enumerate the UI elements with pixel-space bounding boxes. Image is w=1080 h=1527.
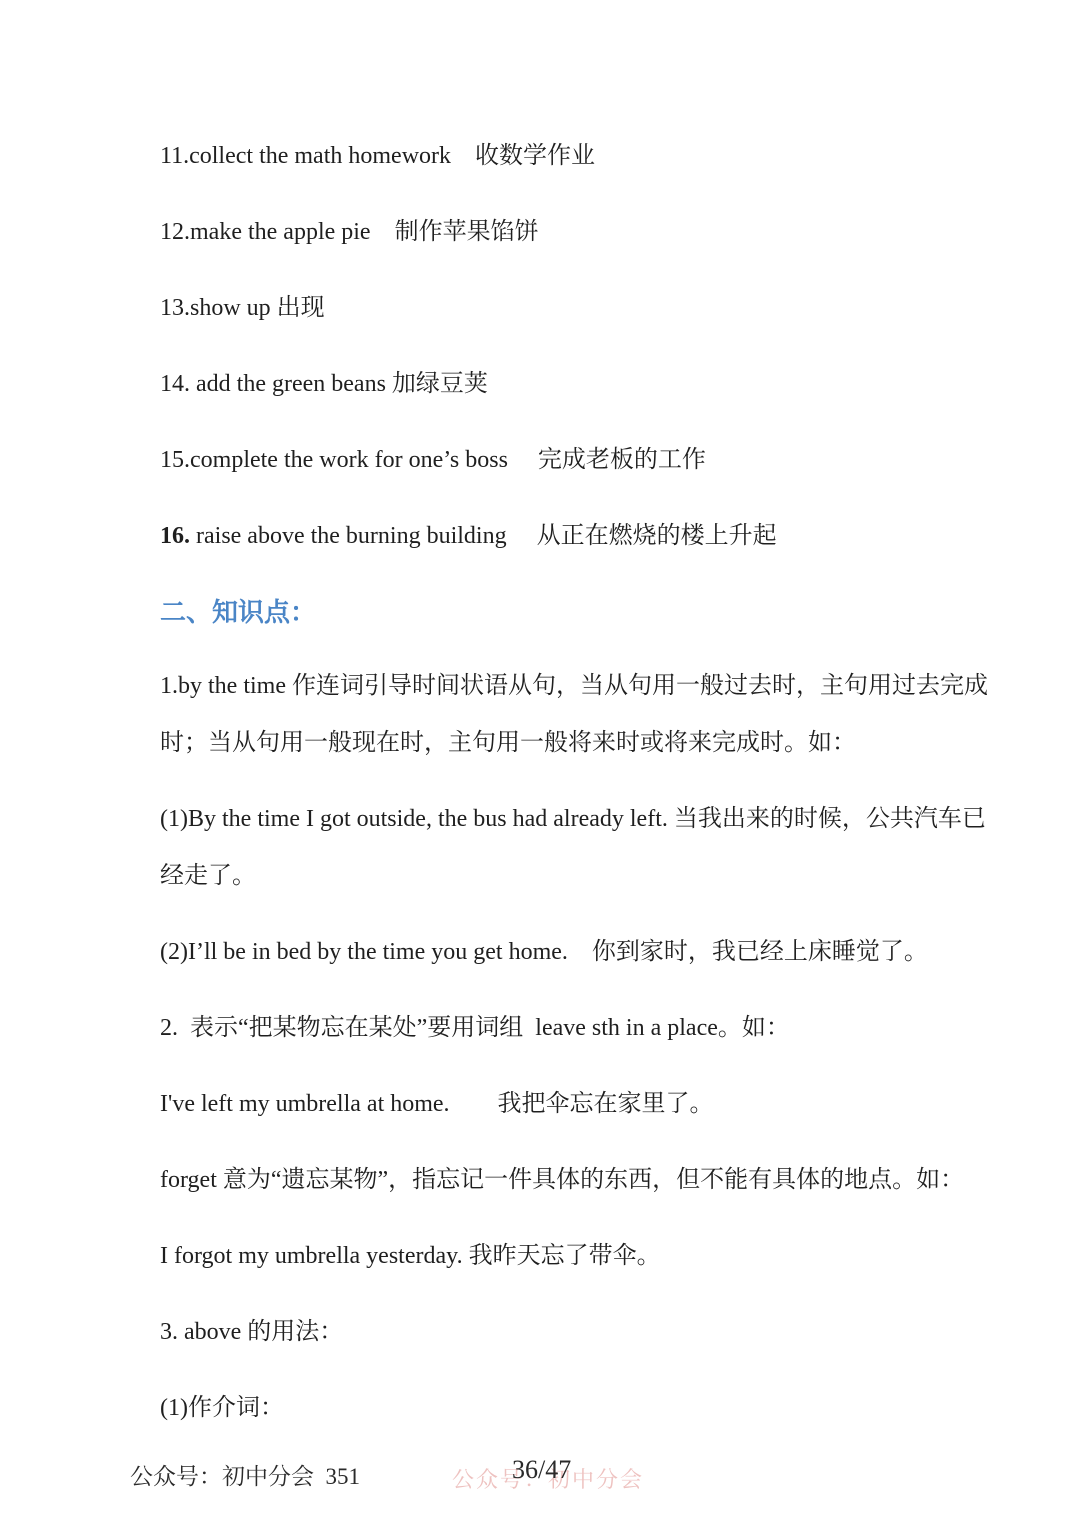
phrase-number: 12. xyxy=(160,219,190,245)
phrase-item-14: 14. add the green beans 加绿豆荚 xyxy=(160,364,990,404)
note-line: 3. above 的用法： xyxy=(160,1312,990,1352)
phrase-item-15: 15.complete the work for one’s boss 完成老板… xyxy=(160,440,990,480)
note-line: I've left my umbrella at home. 我把伞忘在家里了。 xyxy=(160,1084,990,1124)
phrase-item-11: 11.collect the math homework 收数学作业 xyxy=(160,136,990,176)
phrase-text: make the apple pie 制作苹果馅饼 xyxy=(190,219,539,245)
note-line: I forgot my umbrella yesterday. 我昨天忘了带伞。 xyxy=(160,1236,990,1276)
page-content: 11.collect the math homework 收数学作业 12.ma… xyxy=(160,136,990,1428)
phrase-number: 15. xyxy=(160,447,190,473)
section-heading: 二、知识点： xyxy=(160,592,990,632)
phrase-item-12: 12.make the apple pie 制作苹果馅饼 xyxy=(160,212,990,252)
phrase-text: add the green beans 加绿豆荚 xyxy=(190,371,488,397)
note-line: (2)I’ll be in bed by the time you get ho… xyxy=(160,932,990,972)
page-number: 36/47 xyxy=(512,1455,571,1485)
phrase-text: show up 出现 xyxy=(190,295,325,321)
phrase-item-16: 16. raise above the burning building 从正在… xyxy=(160,516,990,556)
note-line: forget 意为“遗忘某物”，指忘记一件具体的东西，但不能有具体的地点。如： xyxy=(160,1160,990,1200)
phrase-number-bold: 16. xyxy=(160,523,190,549)
note-line: (1)By the time I got outside, the bus ha… xyxy=(160,799,990,839)
phrase-text: collect the math homework 收数学作业 xyxy=(189,143,595,169)
note-line: 2. 表示“把某物忘在某处”要用词组 leave sth in a place。… xyxy=(160,1008,990,1048)
note-line: 1.by the time 作连词引导时间状语从句，当从句用一般过去时，主句用过… xyxy=(160,666,990,706)
note-line: 经走了。 xyxy=(160,856,990,896)
phrase-text: raise above the burning building 从正在燃烧的楼… xyxy=(190,523,777,549)
phrase-number: 11. xyxy=(160,143,189,169)
phrase-number: 13. xyxy=(160,295,190,321)
document-page: 11.collect the math homework 收数学作业 12.ma… xyxy=(0,0,1080,1527)
phrase-number: 14. xyxy=(160,371,190,397)
footer-account-label: 公众号：初中分会 351 xyxy=(130,1458,360,1491)
phrase-text: complete the work for one’s boss 完成老板的工作 xyxy=(190,447,706,473)
note-line: (1)作介词： xyxy=(160,1388,990,1428)
phrase-item-13: 13.show up 出现 xyxy=(160,288,990,328)
note-line: 时；当从句用一般现在时，主句用一般将来时或将来完成时。如： xyxy=(160,723,990,763)
